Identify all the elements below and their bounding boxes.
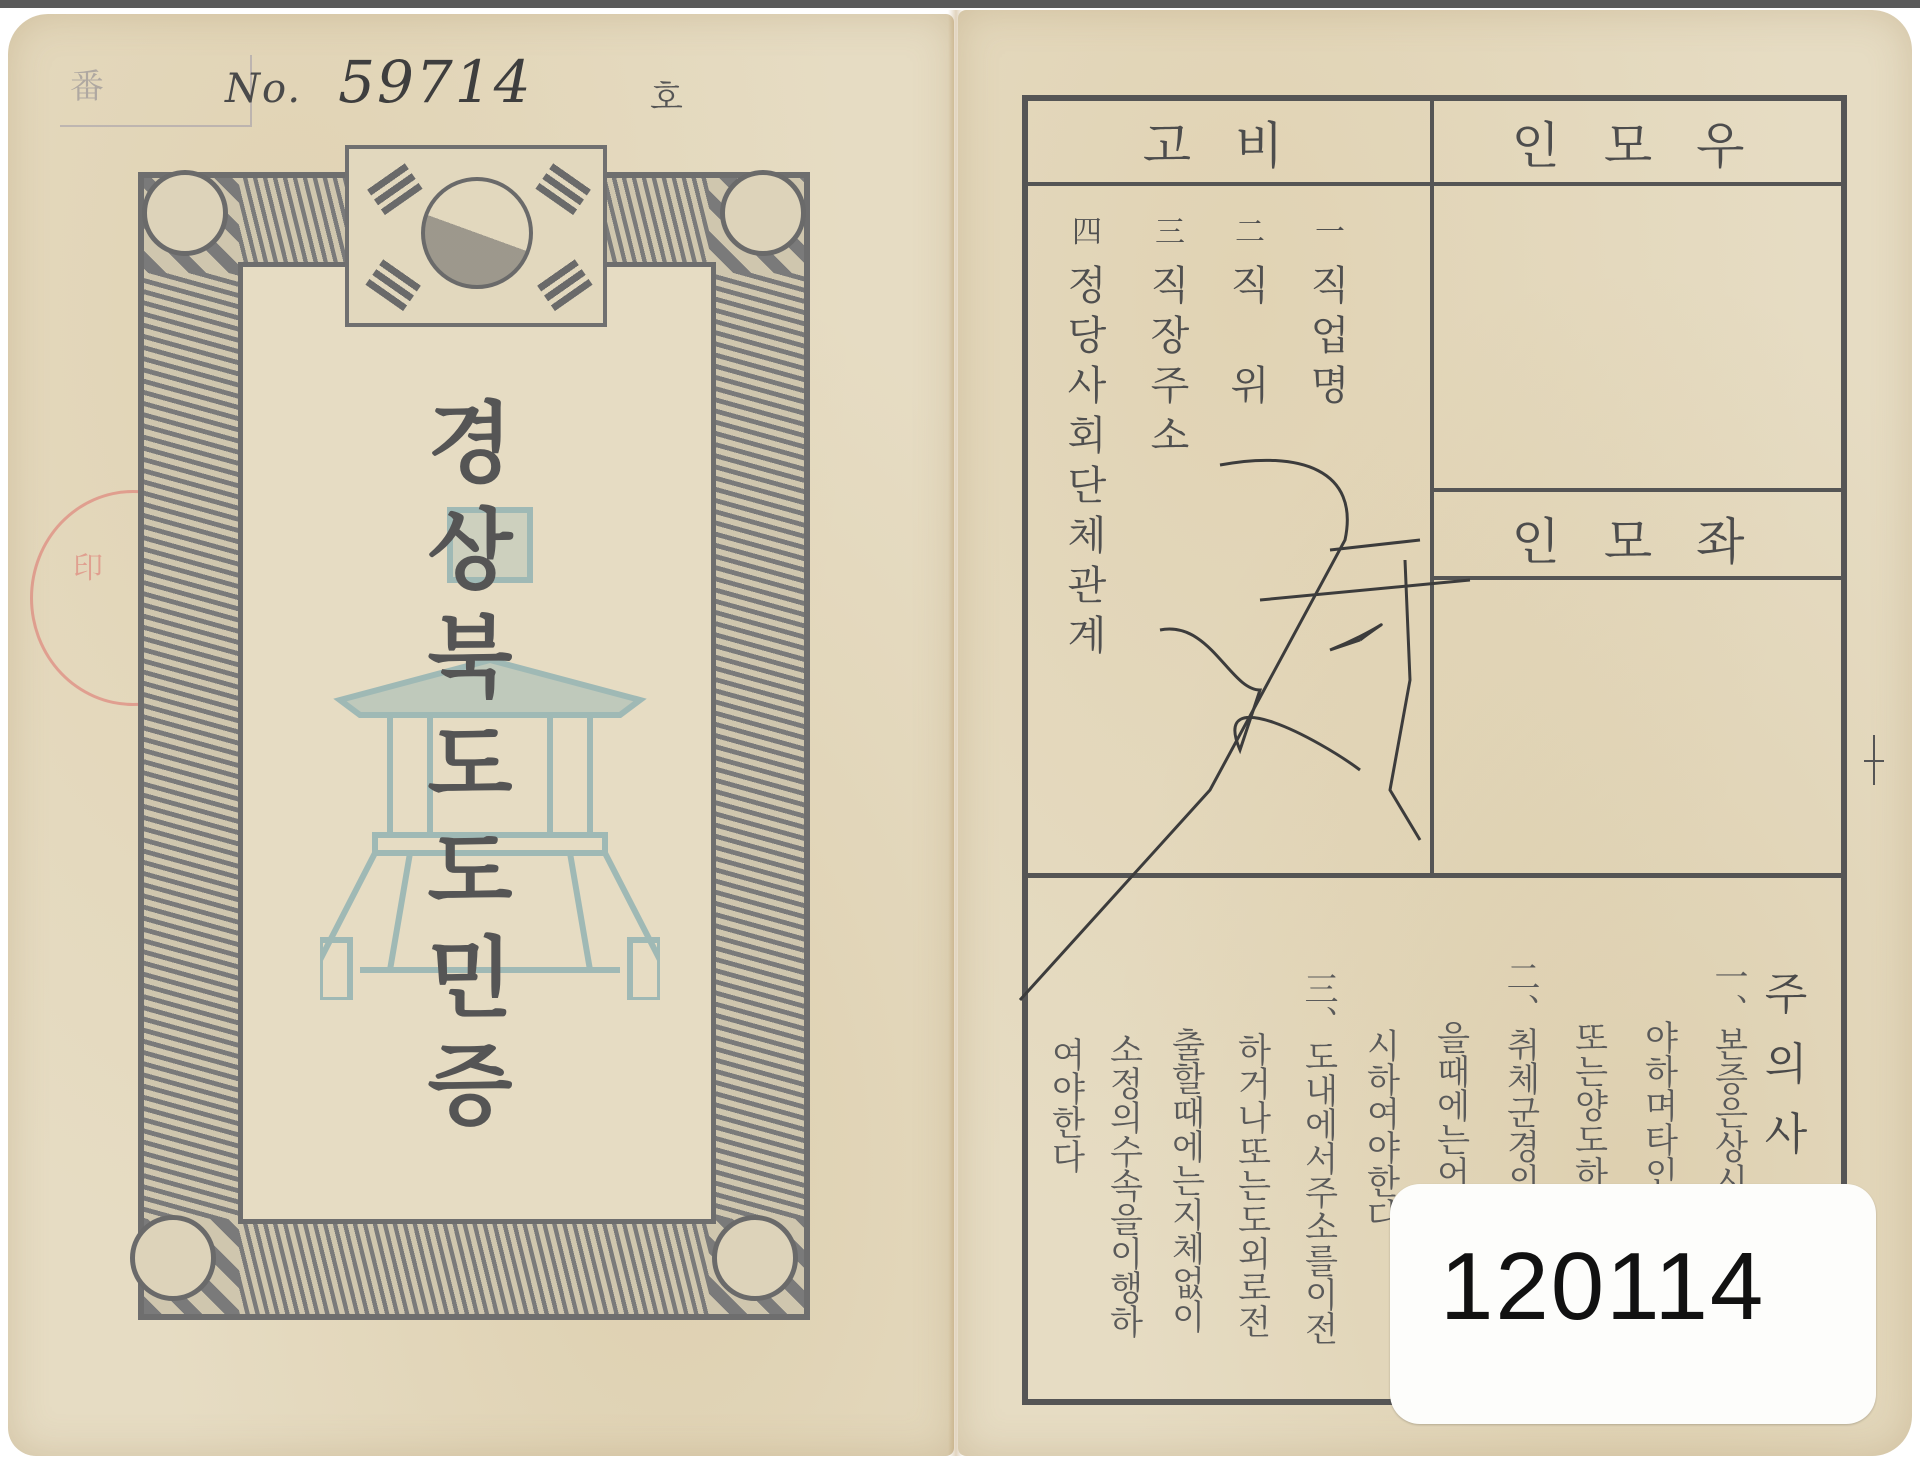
right-thumbprint-header: 인모우 bbox=[1490, 106, 1810, 178]
serial-number: No. 59714 bbox=[225, 48, 533, 116]
trigram-icon bbox=[535, 161, 592, 215]
left-thumbprint-header: 인모좌 bbox=[1490, 502, 1810, 574]
header-char: 비 bbox=[1235, 117, 1327, 175]
note-line: 소정의수속을이행하 bbox=[1098, 1005, 1144, 1365]
field-label: 정 bbox=[1062, 261, 1112, 311]
note-line: 또는양도하 bbox=[1563, 1010, 1609, 1200]
field-numeral: 一 bbox=[1305, 205, 1355, 261]
notes-title-char: 의 bbox=[1762, 1030, 1810, 1100]
header-char: 좌 bbox=[1696, 513, 1788, 571]
field-party-affiliation: 四 정당사회단체관계 bbox=[1062, 205, 1112, 661]
serial-value: 59714 bbox=[338, 48, 533, 116]
header-char: 우 bbox=[1696, 117, 1788, 175]
note-line: 출할때에는지체없이 bbox=[1160, 995, 1206, 1365]
title-char: 도 bbox=[420, 818, 520, 925]
remarks-header: 고비 bbox=[1115, 106, 1355, 178]
note-line: 三、도내에서주소를이전 bbox=[1293, 958, 1339, 1358]
notes-title-char: 사 bbox=[1762, 1100, 1810, 1170]
red-seal-text: 印 bbox=[73, 543, 103, 587]
header-char: 인 bbox=[1512, 513, 1604, 571]
field-position: 二 직 위 bbox=[1225, 205, 1275, 411]
note-line: 하거나또는도외로전 bbox=[1226, 1005, 1272, 1365]
notes-title: 주 의 사 bbox=[1762, 960, 1810, 1170]
header-char: 고 bbox=[1143, 117, 1235, 175]
corner-ornament-icon bbox=[142, 170, 228, 256]
note-line: 야하며타인 bbox=[1633, 1010, 1679, 1200]
right-thumbprint-box[interactable] bbox=[1436, 188, 1841, 484]
faint-stamp: 番 bbox=[60, 55, 252, 127]
header-char: 모 bbox=[1604, 513, 1696, 571]
title-char: 증 bbox=[420, 1032, 520, 1139]
field-label: 직 bbox=[1225, 261, 1275, 311]
left-thumb-header-bottom bbox=[1432, 576, 1847, 580]
cover-title: 경 상 북 도 도 민 증 bbox=[420, 390, 520, 1139]
note-line: 一、본증은상시 bbox=[1703, 958, 1749, 1198]
trigram-icon bbox=[365, 161, 422, 215]
trigram-icon bbox=[365, 257, 422, 311]
trigram-icon bbox=[535, 257, 592, 311]
field-numeral: 三 bbox=[1145, 205, 1195, 261]
field-label: 직 bbox=[1305, 261, 1355, 311]
left-thumbprint-box[interactable] bbox=[1436, 582, 1841, 870]
field-label: 직 bbox=[1145, 261, 1195, 311]
serial-suffix: 호 bbox=[650, 70, 683, 119]
serial-prefix: No. bbox=[225, 66, 302, 112]
title-char: 상 bbox=[420, 497, 520, 604]
note-line: 여야한다 bbox=[1040, 1005, 1086, 1205]
field-workplace-address: 三 직장주소 bbox=[1145, 205, 1195, 461]
notes-title-char: 주 bbox=[1762, 960, 1810, 1030]
corner-ornament-icon bbox=[720, 170, 806, 256]
header-char: 모 bbox=[1604, 117, 1696, 175]
note-line: 二、취체군경의 bbox=[1495, 958, 1541, 1198]
scanner-edge bbox=[0, 0, 1920, 8]
title-char: 북 bbox=[420, 604, 520, 711]
field-numeral: 四 bbox=[1062, 205, 1112, 261]
archive-label-sticker: 120114 bbox=[1390, 1184, 1876, 1424]
corner-ornament-icon bbox=[712, 1215, 798, 1301]
taeguk-circle-icon bbox=[421, 177, 533, 289]
column-divider bbox=[1430, 95, 1434, 875]
left-thumb-header-top bbox=[1432, 488, 1847, 492]
notes-divider bbox=[1022, 873, 1847, 878]
title-char: 민 bbox=[420, 925, 520, 1032]
note-line: 을때에는어 bbox=[1425, 1010, 1471, 1200]
field-numeral: 二 bbox=[1225, 205, 1275, 261]
header-divider bbox=[1022, 182, 1847, 186]
title-char: 경 bbox=[420, 390, 520, 497]
registration-mark bbox=[1864, 760, 1884, 762]
faint-stamp-text: 番 bbox=[70, 59, 104, 108]
title-char: 도 bbox=[420, 711, 520, 818]
taegukgi-flag-icon bbox=[345, 145, 607, 327]
archive-label-number: 120114 bbox=[1440, 1232, 1765, 1342]
field-occupation: 一 직업명 bbox=[1305, 205, 1355, 411]
header-char: 인 bbox=[1512, 117, 1604, 175]
corner-ornament-icon bbox=[130, 1215, 216, 1301]
